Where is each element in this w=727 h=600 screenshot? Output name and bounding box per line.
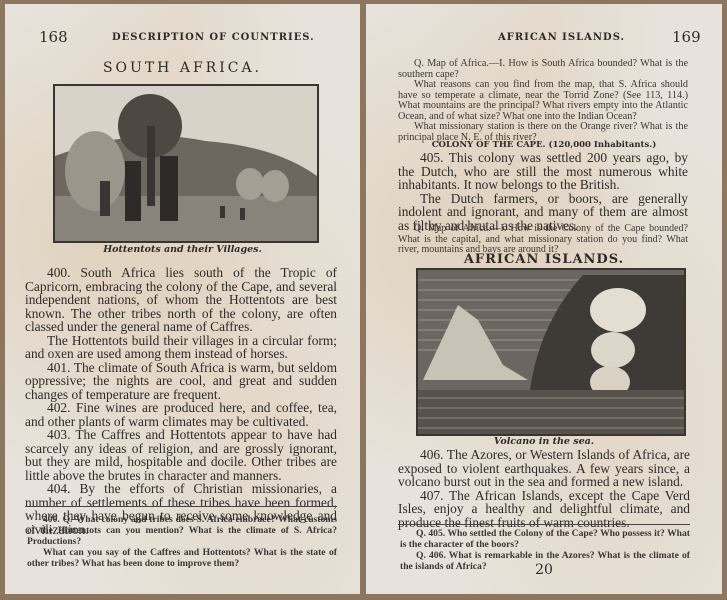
map-question: Q. Map of Africa.—I. How is the Colony o… bbox=[398, 224, 688, 256]
divider bbox=[398, 524, 690, 525]
subheading: COLONY OF THE CAPE. (120,000 Inhabitants… bbox=[366, 140, 722, 150]
paragraph: 403. The Caffres and Hottentots appear t… bbox=[25, 428, 337, 482]
paragraph: 407. The African Islands, except the Cap… bbox=[398, 489, 690, 530]
map-questions: Q. Map of Africa.—I. How is South Africa… bbox=[398, 59, 688, 143]
paragraph: The Hottentots build their villages in a… bbox=[25, 334, 337, 361]
question: Q. Map of Africa.—I. How is the Colony o… bbox=[398, 224, 688, 256]
section-title: SOUTH AFRICA. bbox=[5, 60, 360, 76]
page-number: 168 bbox=[39, 28, 68, 46]
signature-mark: 20 bbox=[366, 562, 722, 578]
section-title: AFRICAN ISLANDS. bbox=[366, 252, 722, 267]
divider bbox=[25, 506, 337, 507]
running-head: DESCRIPTION OF COUNTRIES. bbox=[112, 32, 315, 43]
engraving-hottentots-village-icon bbox=[53, 84, 319, 243]
figure-caption: Volcano in the sea. bbox=[366, 436, 722, 447]
left-page: 168 DESCRIPTION OF COUNTRIES. SOUTH AFRI… bbox=[5, 4, 360, 594]
paragraph: 406. The Azores, or Western Islands of A… bbox=[398, 448, 690, 489]
body-text: 400. South Africa lies south of the Trop… bbox=[25, 266, 337, 536]
running-head: AFRICAN ISLANDS. bbox=[498, 32, 625, 43]
review-questions: 400. Q.-What colony and tribes does S. A… bbox=[27, 514, 337, 569]
engraving-volcano-sea-icon bbox=[416, 268, 686, 436]
question: Q. Map of Africa.—I. How is South Africa… bbox=[398, 59, 688, 80]
body-text: 405. This colony was settled 200 years a… bbox=[398, 151, 688, 232]
paragraph: 405. This colony was settled 200 years a… bbox=[398, 151, 688, 192]
right-page: AFRICAN ISLANDS. 169 Q. Map of Africa.—I… bbox=[366, 4, 722, 594]
question: What can you say of the Caffres and Hott… bbox=[27, 547, 337, 569]
body-text: 406. The Azores, or Western Islands of A… bbox=[398, 448, 690, 529]
question: What reasons can you find from the map, … bbox=[398, 80, 688, 122]
paragraph: 402. Fine wines are produced here, and c… bbox=[25, 401, 337, 428]
question: 400. Q.-What colony and tribes does S. A… bbox=[27, 514, 337, 547]
page-number: 169 bbox=[672, 28, 701, 46]
figure-caption: Hottentots and their Villages. bbox=[5, 244, 360, 255]
question: Q. 405. Who settled the Colony of the Ca… bbox=[400, 528, 690, 550]
paragraph: 401. The climate of South Africa is warm… bbox=[25, 361, 337, 402]
paragraph: 400. South Africa lies south of the Trop… bbox=[25, 266, 337, 334]
